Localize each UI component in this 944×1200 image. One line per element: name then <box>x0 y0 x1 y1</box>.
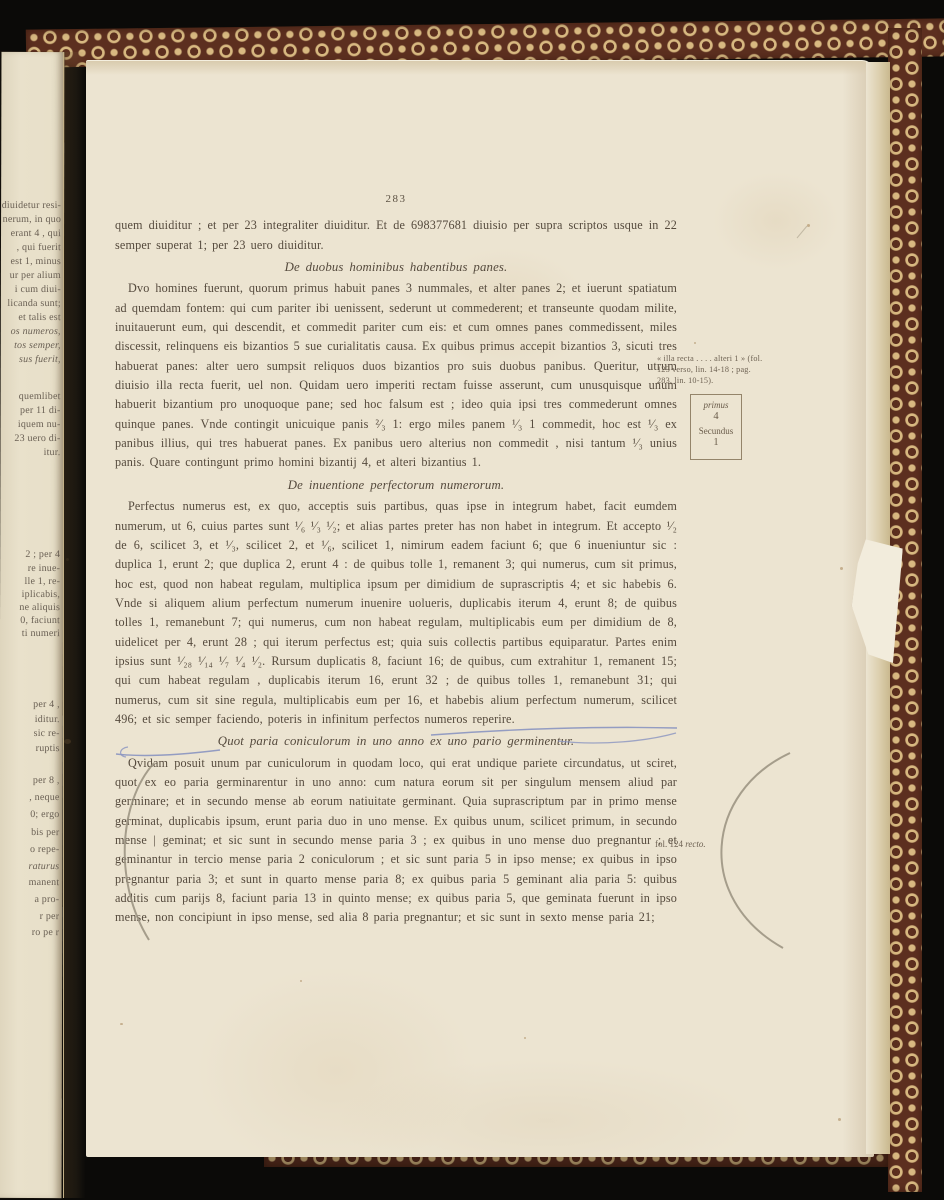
left-page-fragment: ne aliquis <box>19 602 60 613</box>
paragraph-perfect-numbers: Perfectus numerus est, ex quo, acceptis … <box>115 497 677 729</box>
margin-table-primus-secundus: primus 4 Secundus 1 <box>690 394 742 460</box>
page-text-block: 283 quem diuiditur ; et per 23 integrali… <box>115 190 677 928</box>
foxing-spot <box>300 980 302 982</box>
left-page-fragment: , neque <box>29 792 59 803</box>
margin-note-line: 283, lin. 10-15). <box>657 375 795 386</box>
left-page-fragment: ur per alium <box>10 270 61 281</box>
left-page-fragment: a pro- <box>34 894 59 905</box>
left-page-fragment: nerum, in quo <box>3 214 61 225</box>
left-page-fragment: iplicabis, <box>22 589 60 600</box>
page-number: 283 <box>115 190 677 209</box>
section-heading-rabbit-problem: Quot paria coniculorum in uno anno ex un… <box>115 732 677 751</box>
left-page-fragment: o repe- <box>30 844 59 855</box>
left-page-fragment: quemlibet <box>19 391 61 402</box>
left-page-fragment: licanda sunt; <box>7 298 60 309</box>
scanned-book-photo: { "scan": { "page_number": "283", "block… <box>0 0 944 1200</box>
left-page-fragment: raturus <box>28 861 59 872</box>
left-page-fragment: , qui fuerit <box>17 242 61 253</box>
left-page-fragment: r per <box>40 911 60 922</box>
left-page-fragment: i cum diui- <box>15 284 61 295</box>
paragraph-two-men-with-loaves: Dvo homines fuerunt, quorum primus habui… <box>115 279 677 472</box>
left-page-fragment: ro pe r <box>32 927 60 938</box>
left-page-fragment: ti numeri <box>22 628 60 639</box>
left-page-fragment: iquem nu- <box>18 419 61 430</box>
foxing-spot <box>120 1023 123 1025</box>
margin-table-value: 1 <box>691 437 741 448</box>
left-page-fragment: iditur. <box>35 714 60 725</box>
sewing-thread-dot <box>64 739 71 744</box>
margin-table-label: Secundus <box>691 426 741 436</box>
left-page-fragment: 0; ergo <box>30 809 59 820</box>
left-page-fragment: 0, faciunt <box>20 615 60 626</box>
margin-folio-note: fol. 124 recto. <box>655 839 706 849</box>
left-page-fragment: sic re- <box>34 728 60 739</box>
foxing-spot <box>694 342 696 344</box>
left-page-fragment: os numeros, <box>11 326 61 337</box>
left-page-fragment: ruptis <box>36 743 60 754</box>
left-page-fragment: 2 ; per 4 <box>25 549 60 560</box>
left-page-fragment: erant 4 , qui <box>11 228 61 239</box>
foxing-spot <box>807 224 810 227</box>
foxing-spot <box>838 1118 841 1121</box>
margin-note-reference: « illa recta . . . . alteri 1 » (fol. 12… <box>657 353 795 386</box>
section-heading-two-men-with-loaves: De duobus hominibus habentibus panes. <box>115 258 677 277</box>
left-page-fragment: 23 uero di- <box>14 433 60 444</box>
folio-note-prefix: fol. 124 <box>655 839 685 849</box>
left-page-fragment: lle 1, re- <box>25 576 61 587</box>
left-page-fragment: re inue- <box>28 563 60 574</box>
margin-table-value: 4 <box>691 411 741 422</box>
paragraph-rabbit-problem: Qvidam posuit unum par cuniculorum in qu… <box>115 754 677 928</box>
previous-page-edge: diuidetur resi- nerum, in quo erant 4 , … <box>0 52 64 1198</box>
left-page-fragment: bis per <box>31 827 59 838</box>
margin-note-line: « illa recta . . . . alteri 1 » (fol. <box>657 353 795 364</box>
left-page-fragment: per 8 , <box>33 775 60 786</box>
left-page-fragment: sus fuerit, <box>19 354 61 365</box>
section-heading-perfect-numbers: De inuentione perfectorum numerorum. <box>115 476 677 495</box>
left-page-fragment: tos semper, <box>14 340 61 351</box>
margin-table-label: primus <box>691 400 741 410</box>
margin-note-line: 123 verso, lin. 14-18 ; pag. <box>657 364 795 375</box>
left-page-fragment: est 1, minus <box>10 256 60 267</box>
foxing-spot <box>840 567 843 570</box>
left-page-fragment: et talis est <box>18 312 60 323</box>
folio-note-recto: recto. <box>685 839 705 849</box>
left-page-fragment: manent <box>29 877 60 888</box>
foxing-spot <box>524 1037 526 1039</box>
left-page-fragment: diuidetur resi- <box>2 200 61 211</box>
sewing-thread-dot <box>66 558 69 561</box>
paragraph-division: quem diuiditur ; et per 23 integraliter … <box>115 216 677 255</box>
left-page-fragment: per 11 di- <box>20 405 61 416</box>
left-page-fragment: itur. <box>44 447 61 458</box>
left-page-fragment: per 4 , <box>33 699 60 710</box>
